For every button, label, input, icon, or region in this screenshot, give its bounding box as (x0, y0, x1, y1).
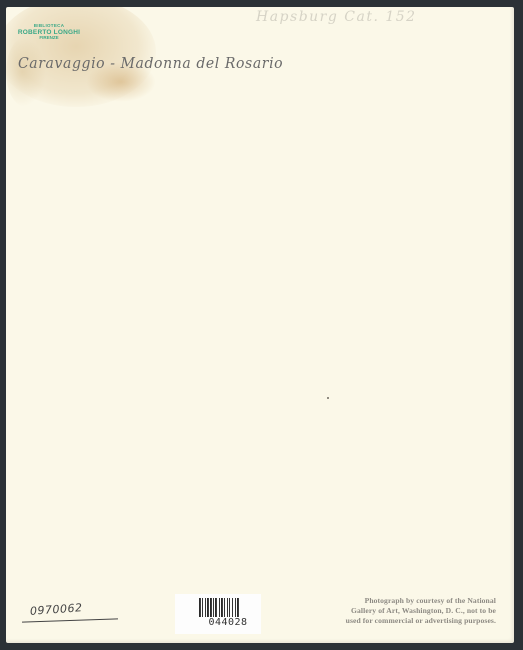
barcode-number: 044028 (199, 617, 257, 628)
barcode-label: 044028 (175, 594, 261, 634)
stamp-line-3: FIRENZE (14, 36, 84, 41)
speck (327, 397, 329, 399)
barcode-icon (199, 598, 257, 617)
credit-notice: Photograph by courtesy of the National G… (296, 596, 496, 626)
handwritten-top-note: Hapsburg Cat. 152 (256, 9, 417, 25)
handwritten-title: Caravaggio - Madonna del Rosario (18, 56, 283, 73)
credit-line: Gallery of Art, Washington, D. C., not t… (296, 606, 496, 616)
credit-line: used for commercial or advertising purpo… (296, 616, 496, 626)
credit-line: Photograph by courtesy of the National (296, 596, 496, 606)
photo-verso-card (6, 7, 514, 643)
library-stamp: BIBLIOTECA ROBERTO LONGHI FIRENZE (14, 24, 84, 41)
